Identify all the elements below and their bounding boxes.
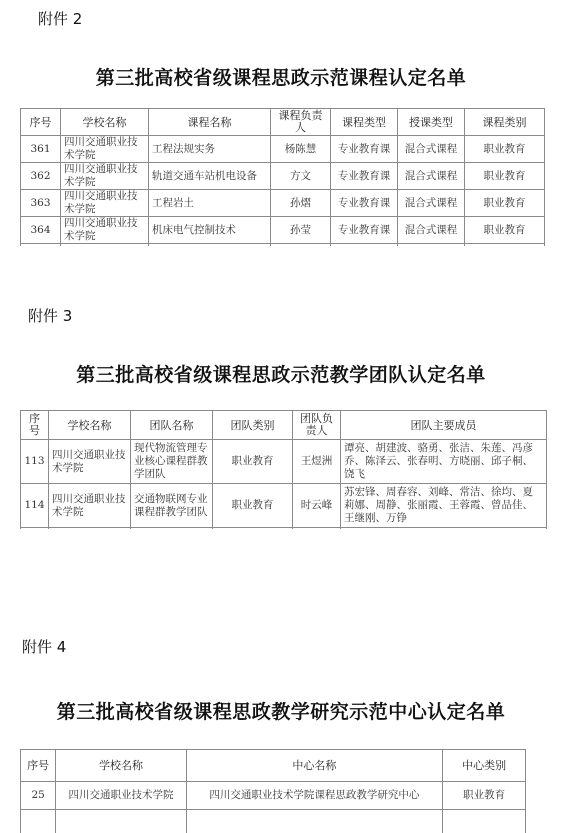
annex-4-table-wrap: 序号 学校名称 中心名称 中心类别 25 四川交通职业技术学院 四川交通职业技术… bbox=[20, 749, 530, 833]
header-center: 中心名称 bbox=[186, 750, 443, 782]
cell-no: 25 bbox=[21, 782, 56, 810]
annex-4-title: 第三批高校省级课程思政教学研究示范中心认定名单 bbox=[0, 697, 562, 724]
cell-mode: 混合式课程 bbox=[398, 190, 465, 217]
header-lead: 团队负责人 bbox=[293, 411, 341, 440]
cell-no: 364 bbox=[21, 217, 61, 244]
cell-type: 专业教育课 bbox=[331, 217, 398, 244]
header-type: 课程类型 bbox=[331, 109, 398, 136]
annex-3-label: 附件 3 bbox=[28, 305, 72, 326]
cell-lead: 孙莹 bbox=[271, 217, 331, 244]
cell-school: 四川交通职业技术学院 bbox=[61, 217, 149, 244]
cell-type: 专业教育课 bbox=[331, 163, 398, 190]
annex-4-label: 附件 4 bbox=[22, 636, 66, 657]
cell-category: 职业教育 bbox=[465, 190, 545, 217]
header-category: 课程类别 bbox=[465, 109, 545, 136]
annex-4-table: 序号 学校名称 中心名称 中心类别 25 四川交通职业技术学院 四川交通职业技术… bbox=[20, 749, 526, 833]
cell-school: 四川交通职业技术学院 bbox=[61, 163, 149, 190]
annex-2-table-wrap: 序号 学校名称 课程名称 课程负责人 课程类型 授课类型 课程类别 361 四川… bbox=[20, 108, 545, 246]
cell-lead: 方文 bbox=[271, 163, 331, 190]
table-header-row: 序号 学校名称 中心名称 中心类别 bbox=[21, 750, 526, 782]
cell-school: 四川交通职业技术学院 bbox=[49, 440, 131, 484]
cell-team: 现代物流管理专业核心课程群教学团队 bbox=[131, 440, 213, 484]
cell-type: 专业教育课 bbox=[331, 136, 398, 163]
cell-course: 工程岩土 bbox=[149, 190, 271, 217]
cell-no: 114 bbox=[21, 484, 49, 528]
table-row: 362 四川交通职业技术学院 轨道交通车站机电设备 方文 专业教育课 混合式课程… bbox=[21, 163, 545, 190]
table-row: 364 四川交通职业技术学院 机床电气控制技术 孙莹 专业教育课 混合式课程 职… bbox=[21, 217, 545, 244]
annex-3-table-wrap: 序号 学校名称 团队名称 团队类别 团队负责人 团队主要成员 113 四川交通职… bbox=[20, 410, 550, 529]
table-row: 361 四川交通职业技术学院 工程法规实务 杨陈慧 专业教育课 混合式课程 职业… bbox=[21, 136, 545, 163]
annex-2-title: 第三批高校省级课程思政示范课程认定名单 bbox=[0, 63, 562, 90]
table-row: 114 四川交通职业技术学院 交通物联网专业课程群教学团队 职业教育 时云峰 苏… bbox=[21, 484, 547, 528]
header-school: 学校名称 bbox=[49, 411, 131, 440]
table-row: 25 四川交通职业技术学院 四川交通职业技术学院课程思政教学研究中心 职业教育 bbox=[21, 782, 526, 810]
cell-category: 职业教育 bbox=[443, 782, 526, 810]
cell-no: 363 bbox=[21, 190, 61, 217]
cell-school: 四川交通职业技术学院 bbox=[61, 136, 149, 163]
header-no: 序号 bbox=[21, 411, 49, 440]
header-no: 序号 bbox=[21, 750, 56, 782]
cell-no: 362 bbox=[21, 163, 61, 190]
cell-course: 轨道交通车站机电设备 bbox=[149, 163, 271, 190]
table-row: 113 四川交通职业技术学院 现代物流管理专业核心课程群教学团队 职业教育 王煜… bbox=[21, 440, 547, 484]
table-header-row: 序号 学校名称 团队名称 团队类别 团队负责人 团队主要成员 bbox=[21, 411, 547, 440]
table-row-cut bbox=[21, 244, 545, 247]
table-header-row: 序号 学校名称 课程名称 课程负责人 课程类型 授课类型 课程类别 bbox=[21, 109, 545, 136]
header-category: 中心类别 bbox=[443, 750, 526, 782]
cell-lead: 王煜洲 bbox=[293, 440, 341, 484]
cell-category: 职业教育 bbox=[465, 163, 545, 190]
cell-lead: 杨陈慧 bbox=[271, 136, 331, 163]
cell-lead: 时云峰 bbox=[293, 484, 341, 528]
cell-no: 113 bbox=[21, 440, 49, 484]
cell-mode: 混合式课程 bbox=[398, 217, 465, 244]
cell-members: 谭亮、胡建波、骆勇、张洁、朱莲、冯彦乔、陈泽云、张春明、方晓丽、邱子桐、饶飞 bbox=[341, 440, 547, 484]
cell-members: 苏宏锋、周春容、刘峰、常洁、徐均、夏莉娜、周静、张丽霞、王蓉霞、曾品佳、王继刚、… bbox=[341, 484, 547, 528]
table-row: 363 四川交通职业技术学院 工程岩土 孙熠 专业教育课 混合式课程 职业教育 bbox=[21, 190, 545, 217]
cell-course: 机床电气控制技术 bbox=[149, 217, 271, 244]
cell-center: 四川交通职业技术学院课程思政教学研究中心 bbox=[186, 782, 443, 810]
cell-course: 工程法规实务 bbox=[149, 136, 271, 163]
table-row-cut bbox=[21, 810, 526, 833]
annex-2-label: 附件 2 bbox=[38, 8, 82, 29]
cell-school: 四川交通职业技术学院 bbox=[61, 190, 149, 217]
annex-2-table: 序号 学校名称 课程名称 课程负责人 课程类型 授课类型 课程类别 361 四川… bbox=[20, 108, 545, 246]
cell-mode: 混合式课程 bbox=[398, 163, 465, 190]
header-no: 序号 bbox=[21, 109, 61, 136]
cell-type: 专业教育课 bbox=[331, 190, 398, 217]
header-school: 学校名称 bbox=[61, 109, 149, 136]
cell-school: 四川交通职业技术学院 bbox=[49, 484, 131, 528]
table-row-cut bbox=[21, 528, 547, 530]
header-mode: 授课类型 bbox=[398, 109, 465, 136]
cell-category: 职业教育 bbox=[213, 484, 293, 528]
annex-3-table: 序号 学校名称 团队名称 团队类别 团队负责人 团队主要成员 113 四川交通职… bbox=[20, 410, 547, 529]
cell-category: 职业教育 bbox=[465, 217, 545, 244]
header-lead: 课程负责人 bbox=[271, 109, 331, 136]
annex-3-title: 第三批高校省级课程思政示范教学团队认定名单 bbox=[0, 360, 562, 387]
header-school: 学校名称 bbox=[56, 750, 186, 782]
header-course: 课程名称 bbox=[149, 109, 271, 136]
cell-category: 职业教育 bbox=[465, 136, 545, 163]
cell-no: 361 bbox=[21, 136, 61, 163]
header-category: 团队类别 bbox=[213, 411, 293, 440]
cell-lead: 孙熠 bbox=[271, 190, 331, 217]
cell-category: 职业教育 bbox=[213, 440, 293, 484]
cell-school: 四川交通职业技术学院 bbox=[56, 782, 186, 810]
header-members: 团队主要成员 bbox=[341, 411, 547, 440]
cell-team: 交通物联网专业课程群教学团队 bbox=[131, 484, 213, 528]
cell-mode: 混合式课程 bbox=[398, 136, 465, 163]
header-team: 团队名称 bbox=[131, 411, 213, 440]
